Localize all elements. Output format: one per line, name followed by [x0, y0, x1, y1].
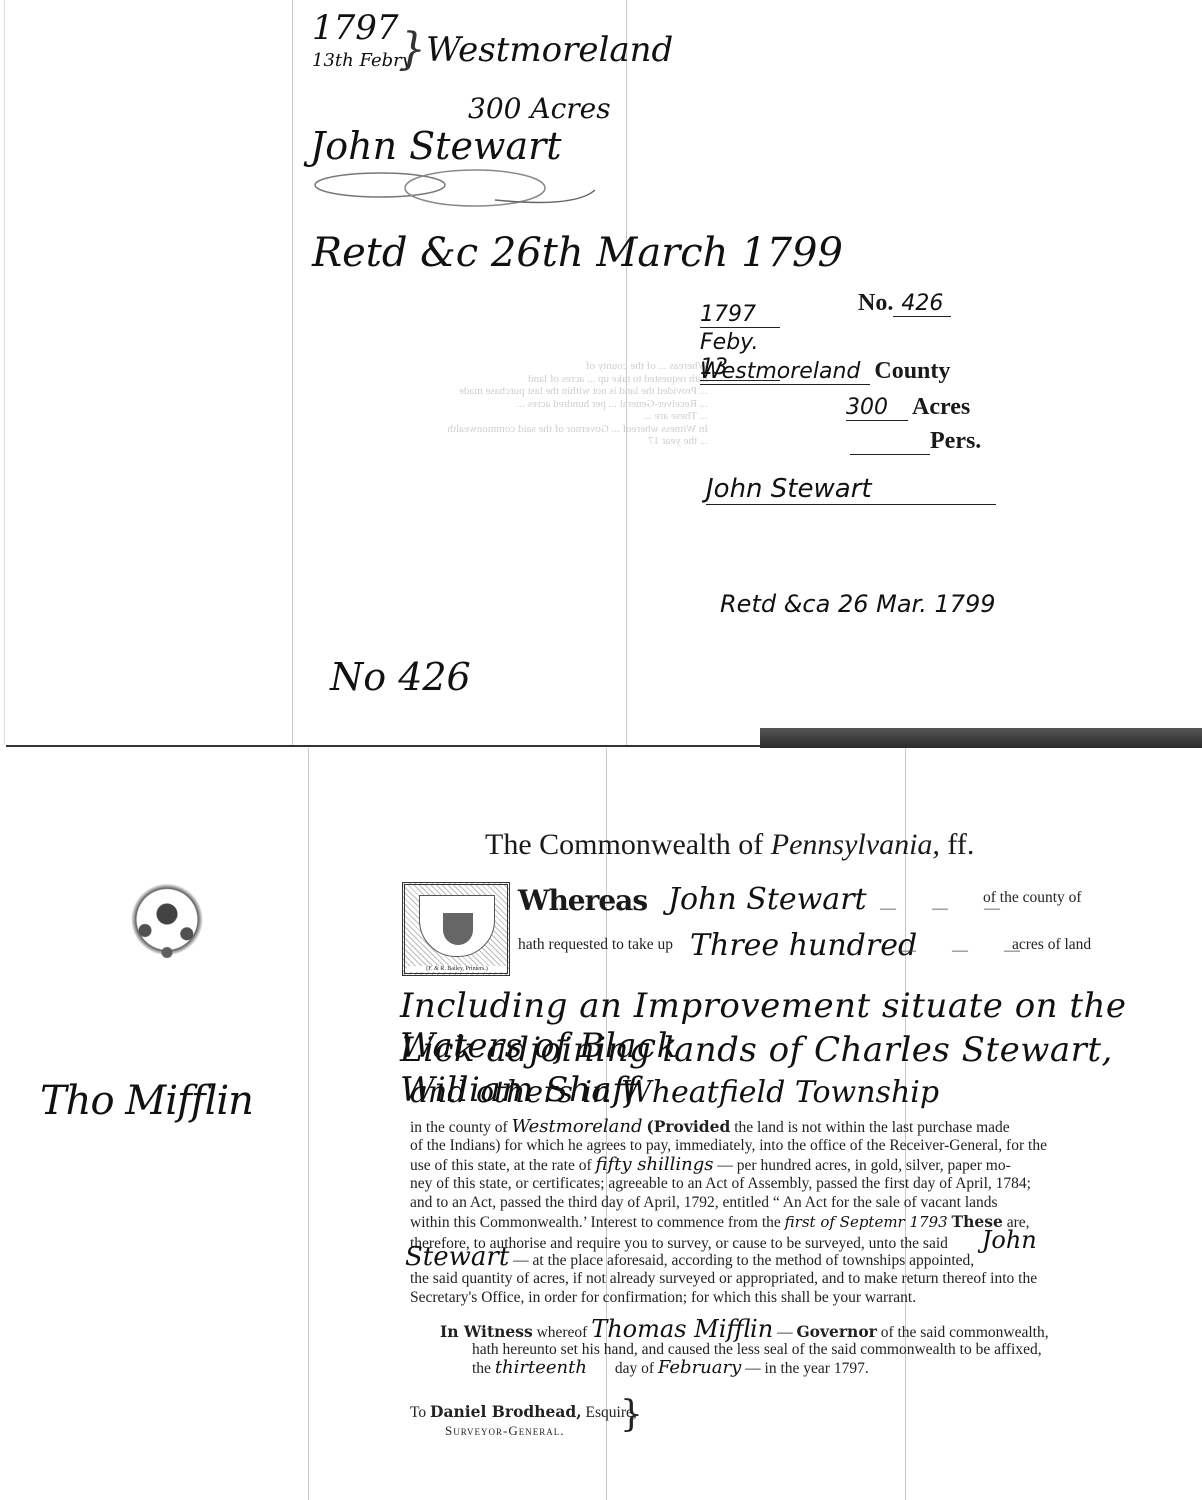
- body-line-9: the said quantity of acres, if not alrea…: [410, 1269, 1037, 1289]
- body-line-3: use of this state, at the rate of fifty …: [410, 1155, 1011, 1176]
- brace-icon: }: [620, 1394, 643, 1435]
- label-year: 1797: [700, 302, 780, 328]
- bleed-through-text: Whereas ... of the county of hath reques…: [108, 360, 708, 570]
- body-text: day of: [615, 1360, 654, 1377]
- label-number-value: 426: [893, 291, 951, 317]
- provided-label: (Provided: [646, 1117, 730, 1136]
- label-acres-value: 300: [846, 395, 908, 421]
- label-county-value: Westmoreland: [700, 359, 870, 385]
- fold-line: [308, 748, 309, 1500]
- body-line-10: Secretary's Office, in order for confirm…: [410, 1288, 916, 1308]
- label-pers: Pers.: [850, 428, 981, 455]
- docket-returned: Retd &c 26th March 1799: [312, 230, 843, 276]
- rate-value: fifty shillings: [596, 1154, 714, 1175]
- title-prefix: The Commonwealth of: [485, 828, 771, 861]
- witness-day: thirteenth: [495, 1357, 587, 1378]
- shield-icon: [443, 913, 473, 945]
- docket-county: Westmoreland: [426, 30, 673, 70]
- docket-number-mark: No 426: [330, 655, 471, 699]
- body-text: in the county of: [410, 1119, 508, 1136]
- body-line-4: ney of this state, or certificates; agre…: [410, 1174, 1031, 1194]
- body-name: John: [982, 1226, 1037, 1254]
- body-text: whereof: [537, 1324, 588, 1341]
- witness-month: February: [658, 1357, 741, 1378]
- label-pers-blank: [850, 436, 930, 455]
- addressee-name: Daniel Brodhead,: [430, 1402, 582, 1421]
- label-number-prefix: No.: [858, 290, 893, 316]
- label-pers-caption: Pers.: [930, 428, 981, 454]
- governor-label: Governor: [796, 1322, 876, 1341]
- body-text: of the said commonwealth,: [881, 1324, 1049, 1341]
- addressee-line-1: To Daniel Brodhead, Esquire,: [410, 1402, 637, 1423]
- body-text: — per hundred acres, in gold, silver, pa…: [717, 1157, 1010, 1174]
- label-county-caption: County: [874, 358, 950, 384]
- body-county: Westmoreland: [512, 1116, 643, 1137]
- body-text: use of this state, at the rate of: [410, 1157, 592, 1174]
- label-acres: 300Acres: [846, 394, 970, 421]
- label-returned: Retd &ca 26 Mar. 1799: [720, 590, 996, 618]
- state-seal-woodcut: (F. & R. Bailey, Printers.): [402, 882, 510, 976]
- docket-back-panel: 1797 13th Febry } Westmoreland 300 Acres…: [0, 0, 1202, 745]
- addressee-title: Surveyor-General.: [445, 1421, 564, 1441]
- witness-line-3: the thirteenth day of February — in the …: [472, 1358, 869, 1379]
- body-line-5: and to an Act, passed the third day of A…: [410, 1193, 998, 1213]
- warrant-title: The Commonwealth of Pennsylvania, ff.: [485, 828, 974, 862]
- brace-icon: }: [398, 10, 426, 90]
- body-text: To: [410, 1404, 426, 1421]
- flourish-icon: [305, 160, 625, 215]
- governor-signature: Tho Mifflin: [40, 1078, 253, 1124]
- title-state: Pennsylvania,: [771, 828, 940, 861]
- label-county: WestmorelandCounty: [700, 358, 950, 385]
- of-county-text: of the county of: [983, 888, 1082, 908]
- witness-year: — in the year 1797.: [745, 1360, 869, 1377]
- body-line-2: of the Indians) for which he agrees to p…: [410, 1136, 1047, 1156]
- label-number: No.426: [858, 290, 951, 317]
- acres-of-land-text: acres of land: [1012, 935, 1091, 955]
- body-line-6: within this Commonwealth.’ Interest to c…: [410, 1212, 1029, 1233]
- body-text: the: [472, 1360, 491, 1377]
- witness-label: In Witness: [440, 1322, 533, 1341]
- label-name: John Stewart: [706, 474, 996, 505]
- applicant-name: John Stewart: [668, 882, 867, 917]
- docket-year: 1797: [312, 8, 399, 48]
- description-line-3: and others in Wheatfield Township: [410, 1075, 939, 1110]
- body-text: within this Commonwealth.’ Interest to c…: [410, 1214, 781, 1231]
- body-line-8: Stewart — at the place aforesaid, accord…: [405, 1248, 974, 1271]
- acres-amount: Three hundred: [690, 928, 917, 963]
- printer-caption: (F. & R. Bailey, Printers.): [407, 966, 507, 972]
- docket-date: 13th Febry: [312, 50, 412, 71]
- interest-date: first of Septemr 1793: [785, 1213, 948, 1231]
- fold-line: [4, 0, 5, 745]
- title-suffix: ff.: [940, 828, 974, 861]
- wax-seal-impression: [112, 870, 222, 980]
- governor-name: Thomas Mifflin: [591, 1315, 773, 1343]
- body-text: — at the place aforesaid, according to t…: [513, 1252, 974, 1269]
- torn-edge-shadow: [760, 728, 1202, 748]
- label-acres-caption: Acres: [912, 394, 970, 420]
- whereas-heading: Whereas: [518, 884, 647, 917]
- docket-acres: 300 Acres: [468, 92, 611, 125]
- hath-requested-text: hath requested to take up: [518, 935, 673, 955]
- body-name: Stewart: [405, 1242, 509, 1272]
- body-line-1: in the county of Westmoreland (Provided …: [410, 1117, 1010, 1138]
- body-text: the land is not within the last purchase…: [734, 1119, 1010, 1136]
